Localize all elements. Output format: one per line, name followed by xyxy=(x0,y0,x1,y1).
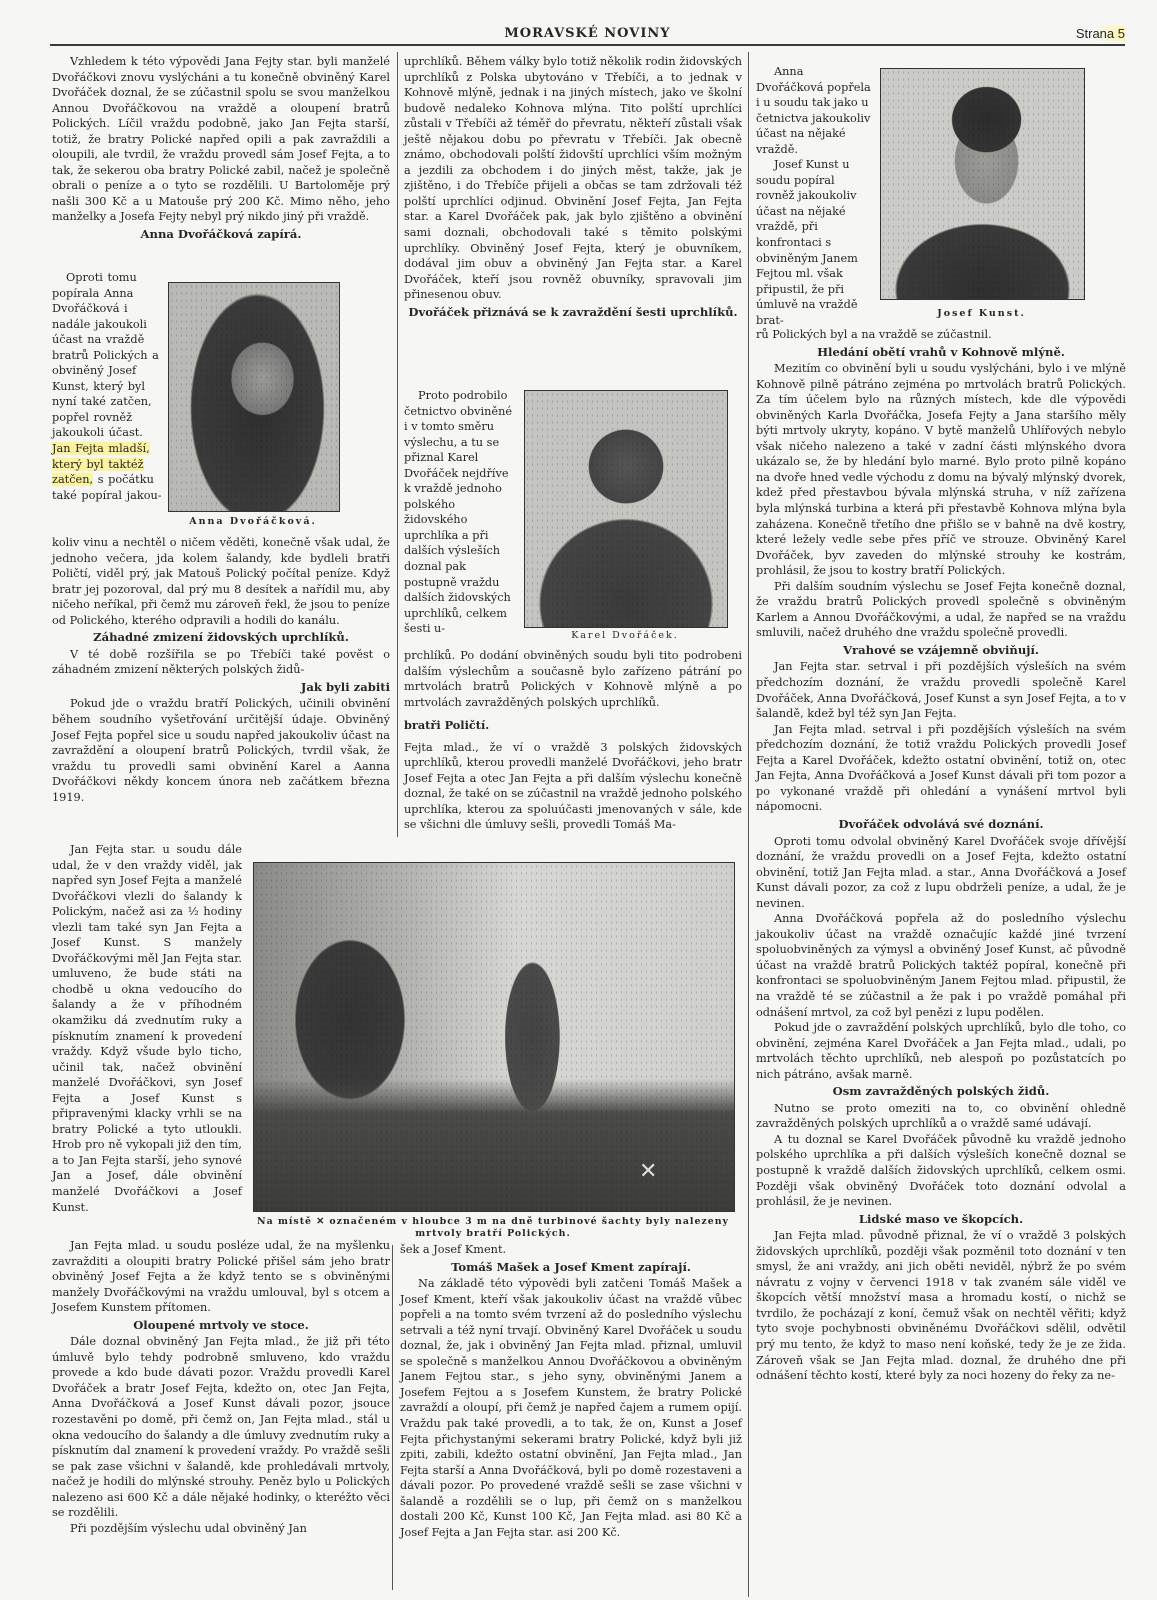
photo-excavation-scene: ✕ xyxy=(253,862,735,1212)
newspaper-page: MORAVSKÉ NOVINY Strana 5 Vzhledem k této… xyxy=(0,0,1157,1600)
photo-anna-dvorackova xyxy=(168,282,340,512)
photo-josef-kunst xyxy=(880,68,1085,300)
caption-line: Na místě ✕ označeném v hloubce 3 m na dn… xyxy=(253,1216,733,1228)
article-paragraph: V té době rozšířila se po Třebíči také p… xyxy=(52,647,390,678)
section-heading: Osm zavražděných polských židů. xyxy=(756,1084,1126,1100)
x-mark-icon: ✕ xyxy=(639,1159,657,1184)
section-heading: Dvořáček přiznává se k zavraždění šesti … xyxy=(404,305,742,321)
column-divider xyxy=(748,52,749,1597)
article-paragraph: Anna Dvořáčková popřela i u soudu tak ja… xyxy=(756,64,872,157)
masthead: MORAVSKÉ NOVINY Strana 5 xyxy=(50,24,1125,46)
newspaper-title: MORAVSKÉ NOVINY xyxy=(50,26,1125,41)
photo-caption: Josef Kunst. xyxy=(880,308,1083,319)
column-1-wrap: Oproti tomu popírala Anna Dvořáčková i n… xyxy=(52,270,162,503)
article-paragraph: Vzhledem k této výpovědi Jana Fejty star… xyxy=(52,54,390,225)
column-1-top: Vzhledem k této výpovědi Jana Fejty star… xyxy=(52,54,390,244)
section-heading: Oloupené mrtvoly ve stoce. xyxy=(52,1318,390,1334)
article-paragraph: Jan Fejta mlad. setrval i při pozdějších… xyxy=(756,722,1126,815)
article-paragraph: Pokud jde o zavraždění polských uprchlík… xyxy=(756,1020,1126,1082)
column-2-top: uprchlíků. Během války bylo totiž několi… xyxy=(404,54,742,321)
masthead-rule xyxy=(50,44,1125,46)
section-continuation: bratři Poličtí. xyxy=(404,718,742,734)
column-1-bottom: Jan Fejta mlad. u soudu posléze udal, že… xyxy=(52,1238,390,1536)
article-paragraph: Jan Fejta mlad. původně přiznal, že ví o… xyxy=(756,1228,1126,1383)
article-paragraph: Oproti tomu odvolal obviněný Karel Dvořá… xyxy=(756,834,1126,912)
section-heading: Jak byli zabiti xyxy=(52,680,390,696)
article-paragraph: Jan Fejta star. u soudu dále udal, že v … xyxy=(52,842,242,1215)
section-heading: Lidské maso ve škopcích. xyxy=(756,1212,1126,1228)
article-paragraph: Josef Kunst u soudu popíral rovněž jakou… xyxy=(756,157,872,328)
article-paragraph: Anna Dvořáčková popřela až do posledního… xyxy=(756,911,1126,1020)
article-paragraph: šek a Josef Kment. xyxy=(400,1242,742,1258)
article-paragraph: Jan Fejta star. setrval i při pozdějších… xyxy=(756,659,1126,721)
article-paragraph: Nutno se proto omeziti na to, co obviněn… xyxy=(756,1101,1126,1132)
article-paragraph: Při dalším soudním výslechu se Josef Fej… xyxy=(756,579,1126,641)
photo-caption: Na místě ✕ označeném v hloubce 3 m na dn… xyxy=(253,1216,733,1240)
photo-karel-dvoracek xyxy=(524,390,728,628)
article-paragraph: Mezitím co obvinění byli u soudu vyslých… xyxy=(756,361,1126,579)
photo-caption: Anna Dvořáčková. xyxy=(168,516,338,527)
column-2-bottom: šek a Josef Kment. Tomáš Mašek a Josef K… xyxy=(400,1242,742,1540)
section-heading: Vrahové se vzájemně obviňují. xyxy=(756,643,1126,659)
column-1-wrap-scene: Jan Fejta star. u soudu dále udal, že v … xyxy=(52,842,242,1215)
article-paragraph: Proto podrobilo četnictvo obviněné i v t… xyxy=(404,388,518,637)
article-paragraph: Jan Fejta mlad. u soudu posléze udal, že… xyxy=(52,1238,390,1316)
article-paragraph: Pokud jde o vraždu bratří Polických, uči… xyxy=(52,696,390,805)
article-paragraph: A tu doznal se Karel Dvořáček původně ku… xyxy=(756,1132,1126,1210)
article-paragraph: prchlíků. Po dodání obviněných soudu byl… xyxy=(404,648,742,710)
column-1-mid: koliv vinu a nechtěl o ničem věděti, kon… xyxy=(52,535,390,805)
section-heading: Záhadné zmizení židovských uprchlíků. xyxy=(52,630,390,646)
section-heading: Anna Dvořáčková zapírá. xyxy=(52,227,390,243)
column-divider xyxy=(397,52,398,837)
article-paragraph: Při pozdějším výslechu udal obviněný Jan xyxy=(52,1521,390,1537)
page-number: Strana 5 xyxy=(1076,26,1125,41)
article-paragraph: uprchlíků. Během války bylo totiž několi… xyxy=(404,54,742,303)
article-paragraph: Oproti tomu popírala Anna Dvořáčková i n… xyxy=(52,270,162,503)
column-3-wrap: Anna Dvořáčková popřela i u soudu tak ja… xyxy=(756,64,872,328)
section-heading: Hledání obětí vrahů v Kohnově mlýně. xyxy=(756,345,1126,361)
article-paragraph: koliv vinu a nechtěl o ničem věděti, kon… xyxy=(52,535,390,628)
column-2-wrap: Proto podrobilo četnictvo obviněné i v t… xyxy=(404,388,518,637)
column-3-main: rů Polických byl a na vraždě se zúčastni… xyxy=(756,327,1126,1384)
article-paragraph: Fejta mlad., že ví o vraždě 3 polských ž… xyxy=(404,740,742,833)
article-paragraph: Dále doznal obviněný Jan Fejta mlad., že… xyxy=(52,1334,390,1521)
column-divider xyxy=(392,1245,393,1590)
section-heading: Tomáš Mašek a Josef Kment zapírají. xyxy=(400,1260,742,1276)
section-heading: Dvořáček odvolává své doznání. xyxy=(756,817,1126,833)
article-paragraph: Na základě této výpovědi byli zatčeni To… xyxy=(400,1276,742,1540)
column-2-mid: prchlíků. Po dodání obviněných soudu byl… xyxy=(404,648,742,833)
caption-line: mrtvoly bratří Polických. xyxy=(253,1228,733,1240)
article-paragraph: rů Polických byl a na vraždě se zúčastni… xyxy=(756,327,1126,343)
photo-caption: Karel Dvořáček. xyxy=(524,630,726,641)
